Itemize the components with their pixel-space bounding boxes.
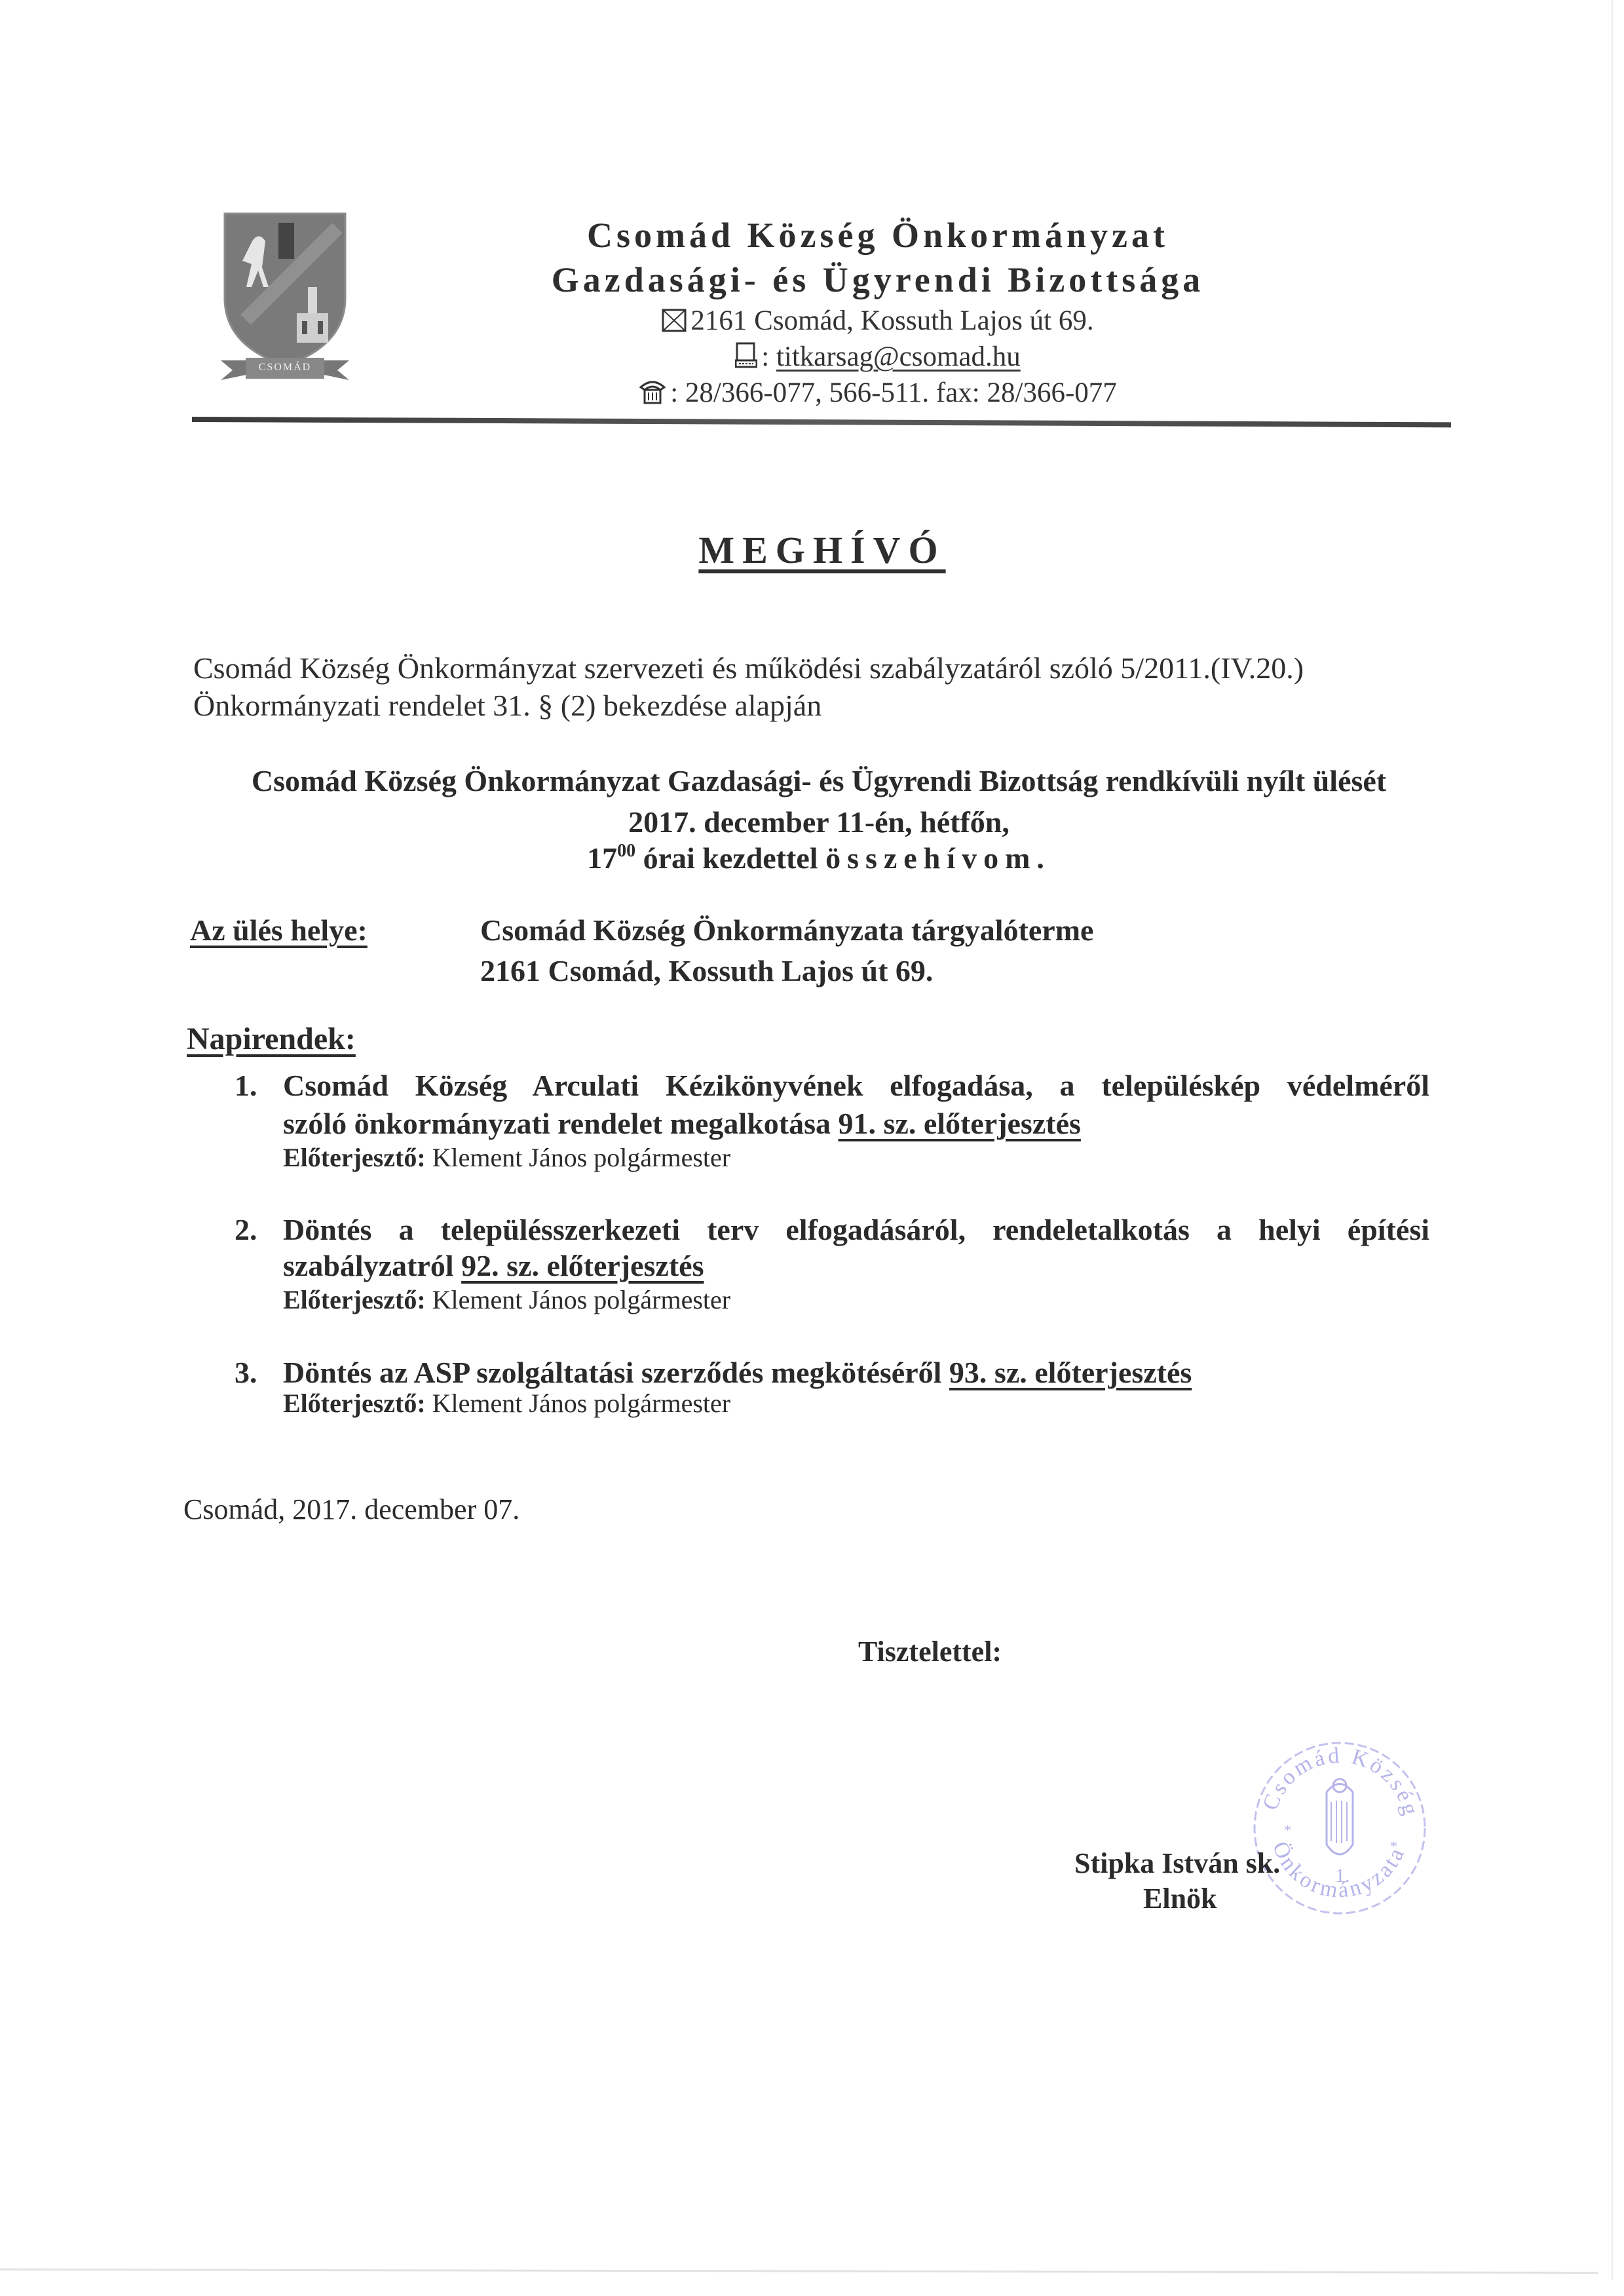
convening-verb: összehívom. (825, 841, 1051, 875)
svg-text:*: * (1390, 1838, 1397, 1854)
start-minutes: 00 (617, 841, 635, 861)
convening-line-1: Csomád Község Önkormányzat Gazdasági- és… (0, 763, 1624, 798)
contact-phone: : 28/366-077, 566-511. fax: 28/366-077 (190, 377, 1566, 411)
address-text: 2161 Csomád, Kossuth Lajos út 69. (690, 305, 1093, 336)
contact-email: : titkarsag@csomad.hu (190, 341, 1566, 375)
signer-role: Elnök (1143, 1882, 1217, 1915)
letterhead-divider (192, 417, 1451, 427)
agenda-item-3-number: 3. (235, 1355, 257, 1390)
convening-time: 1700 órai kezdettel összehívom. (0, 841, 1624, 875)
intro-line-1: Csomád Község Önkormányzat szervezeti és… (193, 651, 1304, 685)
telephone-icon (639, 378, 666, 411)
svg-text:1.: 1. (1335, 1865, 1350, 1886)
organization-name-line1: Csomád Község Önkormányzat (190, 215, 1566, 256)
agenda-item-1-text: szóló önkormányzati rendelet megalkotása (283, 1107, 839, 1140)
venue-name: Csomád Község Önkormányzata tárgyalóterm… (480, 913, 1093, 947)
signer-name: Stipka István sk. (1074, 1846, 1280, 1880)
agenda-item-2-reference[interactable]: 92. sz. előterjesztés (461, 1249, 704, 1282)
agenda-item-2-presenter: Előterjesztő: Klement János polgármester (283, 1284, 730, 1315)
agenda-item-1-line1: Csomád Község Arculati Kézikönyvének elf… (283, 1068, 1429, 1103)
official-stamp: Csomád Község Önkormányzata * * 1. (1245, 1730, 1435, 1920)
stamp-seal-icon: Csomád Község Önkormányzata * * 1. (1245, 1730, 1435, 1920)
presenter-label: Előterjesztő: (283, 1285, 426, 1314)
scan-edge-right (1612, 0, 1613, 2280)
document-title: MEGHÍVÓ (0, 528, 1624, 572)
agenda-item-1-line2: szóló önkormányzati rendelet megalkotása… (283, 1106, 1429, 1141)
agenda-item-1-reference[interactable]: 91. sz. előterjesztés (839, 1107, 1081, 1140)
agenda-item-3-reference[interactable]: 93. sz. előterjesztés (949, 1356, 1192, 1389)
start-suffix: órai kezdettel (635, 841, 825, 875)
venue-address: 2161 Csomád, Kossuth Lajos út 69. (480, 953, 933, 988)
agenda-heading: Napirendek: (187, 1021, 356, 1057)
intro-line-2: Önkormányzati rendelet 31. § (2) bekezdé… (193, 688, 821, 723)
agenda-item-2-text: szabályzatról (283, 1249, 461, 1282)
svg-text:*: * (1284, 1822, 1291, 1838)
scan-edge-bottom (0, 2268, 1598, 2274)
agenda-item-3-line1: Döntés az ASP szolgáltatási szerződés me… (283, 1355, 1192, 1390)
agenda-item-3-text: Döntés az ASP szolgáltatási szerződés me… (283, 1356, 949, 1389)
agenda-item-2-line1: Döntés a településszerkezeti terv elfoga… (283, 1212, 1429, 1247)
envelope-icon (662, 307, 687, 339)
document-date: Csomád, 2017. december 07. (183, 1493, 519, 1526)
svg-text:Csomád Község: Csomád Község (1258, 1744, 1423, 1820)
computer-icon (735, 342, 757, 375)
presenter-name: Klement János polgármester (426, 1285, 730, 1314)
agenda-item-3-presenter: Előterjesztő: Klement János polgármester (283, 1388, 730, 1419)
convening-date: 2017. december 11-én, hétfőn, (0, 805, 1624, 839)
presenter-name: Klement János polgármester (426, 1388, 730, 1418)
venue-label: Az ülés helye: (190, 913, 368, 947)
closing-salutation: Tisztelettel: (858, 1635, 1002, 1668)
agenda-item-1-number: 1. (235, 1068, 257, 1103)
email-separator: : (761, 341, 776, 372)
presenter-label: Előterjesztő: (283, 1388, 426, 1418)
phone-text: : 28/366-077, 566-511. fax: 28/366-077 (670, 377, 1117, 408)
organization-name-line2: Gazdasági- és Ügyrendi Bizottsága (190, 259, 1566, 300)
start-hour: 17 (587, 841, 617, 875)
agenda-item-1-presenter: Előterjesztő: Klement János polgármester (283, 1142, 730, 1173)
presenter-name: Klement János polgármester (426, 1143, 730, 1172)
presenter-label: Előterjesztő: (283, 1143, 426, 1172)
contact-address: 2161 Csomád, Kossuth Lajos út 69. (190, 305, 1566, 339)
email-link[interactable]: titkarsag@csomad.hu (776, 341, 1021, 372)
agenda-item-2-line2: szabályzatról 92. sz. előterjesztés (283, 1248, 1429, 1283)
agenda-item-2-number: 2. (235, 1212, 257, 1247)
